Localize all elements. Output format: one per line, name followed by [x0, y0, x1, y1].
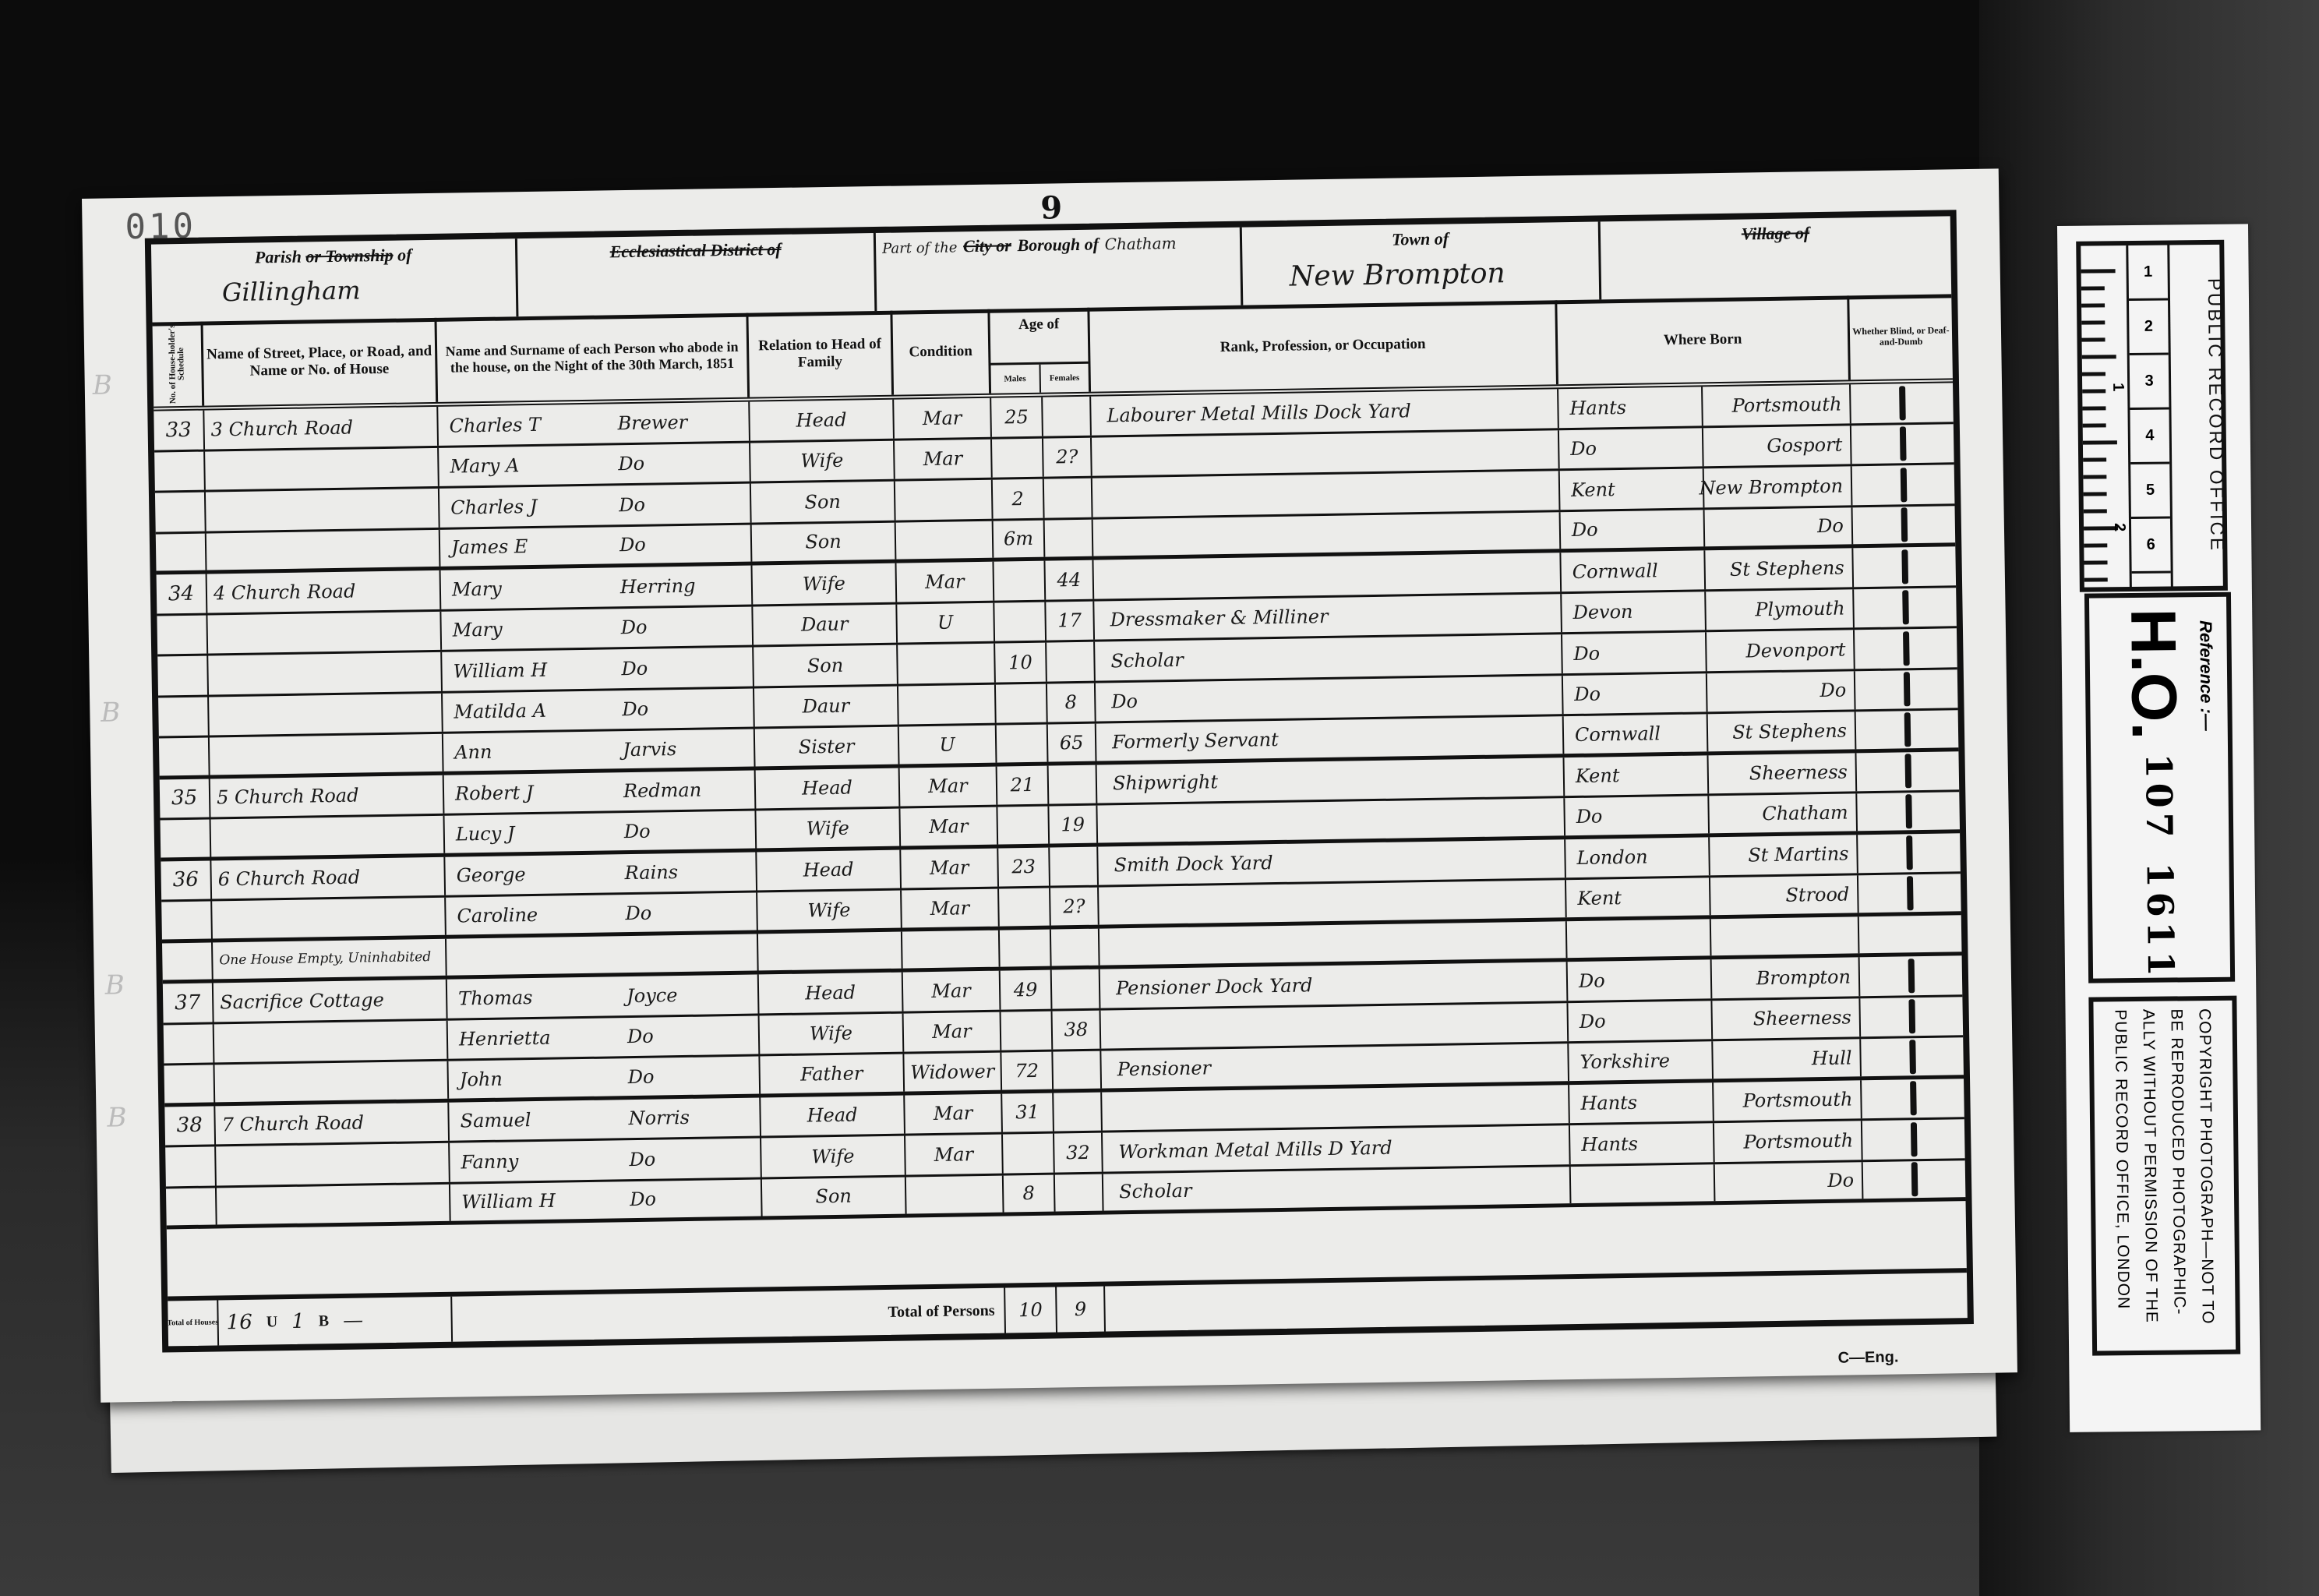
relation-cell: Daur — [754, 686, 899, 726]
relation-cell: Daur — [753, 604, 898, 644]
reference-card: 123456 12 PUBLIC RECORD OFFICE Reference… — [2057, 224, 2261, 1432]
forename: Charles T — [449, 414, 541, 437]
condition-cell: U — [899, 726, 997, 764]
born-county-cell: Kent — [1566, 877, 1711, 916]
born-town-cell: Portsmouth — [1714, 1080, 1862, 1121]
tally-mark — [1903, 672, 1910, 706]
street-cell — [212, 898, 447, 938]
age-female-cell — [1047, 642, 1096, 681]
surname: Brewer — [617, 411, 687, 434]
age-female-cell: 32 — [1054, 1133, 1103, 1172]
relation-cell: Father — [760, 1054, 905, 1093]
census-page: 010 9 B B B B Parish or Township of Gill… — [82, 168, 2017, 1402]
born-county-cell — [1567, 919, 1712, 958]
cm-mark: 4 — [2130, 409, 2169, 465]
age-female-cell: 8 — [1047, 683, 1096, 722]
age-female-cell: 38 — [1053, 1010, 1102, 1049]
houses-inhabited: 16 — [226, 1311, 252, 1335]
forename: Robert J — [455, 782, 534, 805]
town-cell: Town of New Brompton — [1242, 221, 1602, 305]
street-cell: 6 Church Road — [211, 856, 446, 899]
copyright-line: ALLY WITHOUT PERMISSION OF THE — [2139, 1009, 2161, 1323]
forename: Lucy J — [456, 822, 515, 845]
schedule-cell — [164, 1065, 215, 1103]
born-town-cell: Hull — [1713, 1039, 1862, 1078]
street-cell — [205, 447, 439, 489]
blind-cell — [1860, 955, 1963, 996]
condition-cell: U — [897, 602, 995, 642]
condition-cell — [895, 480, 994, 520]
age-female-cell — [1051, 928, 1100, 966]
relation-cell: Wife — [752, 563, 897, 604]
age-female-cell: 2? — [1043, 437, 1092, 476]
age-male-cell — [997, 725, 1049, 763]
occupation-cell — [1097, 798, 1565, 842]
schedule-cell: 36 — [161, 860, 212, 900]
street-cell: One House Empty, Uninhabited — [213, 938, 447, 979]
schedule-cell — [157, 656, 209, 696]
inch-mark: 1 — [2109, 383, 2127, 391]
occupation-cell — [1092, 430, 1560, 476]
tally-mark — [1904, 712, 1911, 747]
relation-cell: Head — [757, 849, 902, 890]
relation-cell: Head — [756, 768, 901, 808]
born-county-cell: Hants — [1570, 1123, 1715, 1163]
name-cell: HenriettaDo — [448, 1015, 761, 1059]
age-female-cell — [1054, 1092, 1103, 1131]
parish-cell: Parish or Township of Gillingham — [151, 238, 519, 322]
forename: George — [456, 863, 525, 886]
col-schedule: No. of House-holder's Schedule — [153, 322, 205, 407]
born-county-cell: Do — [1562, 632, 1707, 673]
name-cell: FannyDo — [450, 1138, 762, 1181]
relation-cell: Son — [762, 1177, 907, 1216]
age-male-cell — [992, 438, 1044, 478]
born-town-cell: Portsmouth — [1703, 384, 1851, 425]
born-town-cell: St Stephens — [1708, 711, 1857, 750]
street-cell: Sacrifice Cottage — [214, 980, 448, 1022]
age-male-cell — [994, 602, 1047, 641]
town-label: Town of — [1242, 226, 1598, 252]
borough-label: Part of the City or Borough of Chatham — [876, 232, 1240, 258]
relation-cell: Wife — [750, 440, 895, 481]
born-county-cell: Do — [1563, 673, 1708, 714]
surname: Rains — [624, 861, 678, 884]
forename: Ann — [454, 741, 492, 764]
street-cell — [211, 816, 446, 856]
age-female-cell — [1043, 397, 1092, 436]
condition-cell: Mar — [900, 807, 998, 846]
forename: Samuel — [460, 1109, 531, 1132]
reference-piece: 1611 — [2139, 862, 2183, 981]
born-county-cell: Cornwall — [1564, 714, 1709, 753]
occupation-cell: Formerly Servant — [1096, 716, 1565, 761]
condition-cell — [902, 930, 1001, 968]
occupation-cell — [1093, 553, 1562, 598]
blind-cell — [1858, 874, 1961, 913]
schedule-cell: 33 — [154, 411, 205, 450]
scale-ruler: 123456 12 PUBLIC RECORD OFFICE — [2076, 240, 2228, 592]
surname: Do — [630, 1188, 656, 1211]
born-county-cell: Do — [1559, 428, 1704, 468]
margin-mark: B — [92, 369, 112, 401]
schedule-cell: 38 — [164, 1106, 216, 1146]
name-cell: William HDo — [450, 1179, 763, 1221]
relation-cell — [758, 931, 903, 970]
cm-mark: 1 — [2128, 245, 2168, 302]
blind-cell — [1853, 546, 1956, 587]
blind-cell — [1852, 464, 1955, 505]
born-town-cell: Do — [1705, 507, 1854, 546]
total-persons-label: Total of Persons — [452, 1288, 1006, 1342]
street-cell — [214, 1061, 449, 1102]
street-cell — [214, 1020, 449, 1062]
relation-cell: Wife — [760, 1013, 905, 1054]
born-county-cell: Do — [1568, 959, 1713, 1000]
surname: Do — [619, 493, 645, 516]
col-age-males: Males — [991, 365, 1041, 394]
forename: William H — [453, 659, 547, 682]
condition-cell: Mar — [905, 1135, 1004, 1174]
condition-cell: Mar — [903, 971, 1001, 1011]
name-cell: James EDo — [440, 524, 753, 567]
age-male-cell: 72 — [1001, 1052, 1054, 1090]
total-houses-label: Total of Houses — [168, 1300, 219, 1346]
schedule-cell: 35 — [160, 779, 211, 818]
forename: James E — [451, 535, 528, 559]
age-male-cell: 23 — [998, 847, 1050, 887]
surname: Do — [625, 902, 651, 924]
condition-cell: Mar — [894, 398, 992, 438]
tally-mark — [1908, 959, 1915, 993]
street-cell — [217, 1184, 451, 1224]
census-rows: 333 Church RoadCharles TBrewerHeadMar25L… — [154, 383, 1965, 1229]
blind-cell — [1855, 669, 1958, 710]
born-town-cell: Do — [1715, 1162, 1864, 1201]
copyright-notice: COPYRIGHT PHOTOGRAPH—NOT TOBE REPRODUCED… — [2088, 996, 2240, 1356]
street-cell: 4 Church Road — [207, 570, 442, 613]
name-cell: Charles TBrewer — [438, 402, 750, 446]
age-female-cell — [1052, 969, 1101, 1008]
name-cell: MaryDo — [441, 606, 754, 650]
age-male-cell: 6m — [994, 520, 1046, 558]
name-cell: ThomasJoyce — [447, 974, 760, 1018]
surname: Norris — [628, 1107, 690, 1129]
schedule-cell — [166, 1188, 217, 1226]
age-male-cell: 21 — [997, 765, 1050, 805]
col-name: Name and Surname of each Person who abod… — [436, 313, 750, 402]
tally-mark — [1910, 1122, 1917, 1156]
cm-mark: 3 — [2130, 355, 2169, 411]
occupation-cell: Scholar — [1095, 634, 1563, 680]
surname: Joyce — [627, 984, 678, 1007]
tally-mark — [1909, 1040, 1916, 1074]
age-male-cell — [997, 807, 1050, 845]
born-town-cell: St Martins — [1710, 835, 1858, 875]
schedule-cell — [157, 615, 208, 655]
age-female-cell: 19 — [1049, 806, 1098, 843]
col-relation: Relation to Head of Family — [748, 311, 894, 397]
occupation-cell: Shipwright — [1097, 757, 1565, 803]
condition-cell: Widower — [904, 1053, 1002, 1091]
name-cell: Lucy JDo — [444, 811, 757, 853]
col-blind: Whether Blind, or Deaf-and-Dumb — [1849, 294, 1953, 380]
tally-mark — [1901, 549, 1908, 584]
condition-cell: Mar — [896, 562, 994, 602]
forename: Fanny — [461, 1150, 518, 1173]
col-age: Age of Males Females — [990, 308, 1091, 394]
col-age-females: Females — [1040, 364, 1089, 393]
schedule-cell — [165, 1146, 217, 1186]
col-where-born: Where Born — [1557, 295, 1851, 384]
blind-cell — [1851, 383, 1954, 423]
age-female-cell: 44 — [1045, 560, 1094, 599]
street-cell — [208, 652, 443, 694]
totals-row: Total of Houses 16 U 1 B — Total of Pers… — [168, 1268, 1968, 1346]
col-street: Name of Street, Place, or Road, and Name… — [203, 318, 438, 406]
born-county-cell: Cornwall — [1561, 550, 1706, 591]
street-cell — [206, 489, 440, 531]
blind-cell — [1852, 506, 1955, 545]
tally-mark — [1900, 468, 1907, 502]
born-county-cell: Devon — [1562, 591, 1707, 632]
condition-cell — [906, 1175, 1004, 1213]
total-females: 9 — [1057, 1287, 1106, 1333]
age-male-cell — [1003, 1134, 1055, 1174]
age-male-cell: 31 — [1002, 1093, 1054, 1132]
born-county-cell: Do — [1568, 1001, 1713, 1041]
relation-cell: Head — [750, 400, 895, 440]
schedule-cell — [161, 901, 213, 939]
tally-mark — [1906, 876, 1913, 910]
born-town-cell: Plymouth — [1706, 589, 1855, 630]
margin-mark: B — [105, 969, 125, 1001]
name-cell: Robert JRedman — [444, 770, 757, 814]
condition-cell: Mar — [895, 439, 993, 478]
born-county-cell — [1571, 1164, 1716, 1203]
cm-mark: 2 — [2129, 300, 2169, 356]
born-county-cell: Do — [1561, 510, 1706, 549]
born-town-cell: Chatham — [1709, 793, 1858, 832]
age-female-cell — [1045, 519, 1094, 556]
occupation-cell: Dressmaker & Milliner — [1094, 594, 1562, 640]
blind-cell — [1862, 1119, 1965, 1160]
margin-mark: B — [101, 697, 121, 728]
born-town-cell: Gosport — [1703, 425, 1852, 466]
street-cell: 3 Church Road — [204, 407, 439, 449]
condition-cell: Mar — [902, 889, 1000, 927]
relation-cell: Son — [754, 645, 898, 686]
blind-cell — [1855, 628, 1957, 669]
blind-cell — [1858, 833, 1961, 874]
age-male-cell — [999, 888, 1051, 927]
name-cell: MaryHerring — [441, 566, 754, 609]
born-town-cell — [1711, 916, 1860, 955]
surname: Herring — [620, 574, 696, 598]
forename: Henrietta — [459, 1027, 551, 1050]
village-cell: Village of — [1601, 216, 1952, 299]
age-male-cell: 2 — [993, 479, 1045, 519]
street-cell: 7 Church Road — [215, 1102, 450, 1144]
name-cell — [447, 934, 759, 976]
age-female-cell: 17 — [1046, 601, 1095, 640]
schedule-cell: 34 — [157, 574, 208, 614]
surname: Do — [624, 820, 651, 842]
relation-cell: Wife — [756, 809, 901, 848]
schedule-cell — [162, 942, 214, 980]
schedule-cell: 37 — [163, 983, 214, 1022]
age-female-cell — [1053, 1051, 1102, 1089]
surname: Do — [628, 1065, 655, 1088]
tally-mark — [1901, 508, 1908, 542]
blind-cell — [1856, 751, 1959, 792]
reference-box: Reference :— H.O. 107 1611 — [2084, 592, 2235, 983]
relation-cell: Head — [759, 973, 904, 1013]
born-county-cell: London — [1565, 837, 1710, 877]
forename: Mary — [453, 619, 503, 641]
condition-cell — [898, 644, 996, 683]
occupation-cell: Do — [1096, 676, 1564, 722]
forename: Caroline — [457, 904, 538, 927]
tally-mark — [1903, 631, 1910, 666]
schedule-cell — [156, 533, 207, 571]
age-male-cell — [1000, 929, 1052, 967]
schedule-cell — [158, 697, 210, 736]
total-houses: 16 U 1 B — — [218, 1297, 453, 1346]
reference-series: H.O. — [2120, 608, 2186, 740]
age-female-cell — [1050, 846, 1099, 885]
born-county-cell: Kent — [1560, 468, 1705, 509]
surname: Do — [621, 657, 648, 680]
tally-mark — [1899, 427, 1906, 461]
forename: William H — [461, 1190, 556, 1213]
occupation-cell: Labourer Metal Mills Dock Yard — [1091, 389, 1559, 435]
town-value: New Brompton — [1289, 257, 1505, 292]
tally-mark — [1902, 590, 1909, 624]
born-town-cell: Do — [1707, 671, 1856, 711]
relation-cell: Son — [751, 482, 896, 522]
condition-cell — [896, 521, 994, 559]
page-number: 9 — [1040, 189, 1063, 226]
surname: Do — [622, 698, 648, 721]
born-county-cell: Hants — [1569, 1082, 1714, 1123]
name-cell: Charles JDo — [439, 484, 752, 528]
surname: Do — [618, 453, 644, 475]
ruler-title: PUBLIC RECORD OFFICE — [2201, 245, 2228, 586]
born-county-cell: Kent — [1564, 755, 1709, 796]
relation-cell: Wife — [761, 1136, 906, 1177]
schedule-cell — [155, 493, 206, 532]
col-condition: Condition — [892, 309, 991, 395]
born-town-cell: Strood — [1710, 875, 1859, 914]
occupation-cell: Smith Dock Yard — [1098, 839, 1566, 885]
tally-mark — [1905, 794, 1912, 828]
parish-label: Parish or Township of — [151, 243, 515, 269]
blind-cell — [1859, 915, 1962, 954]
blind-cell — [1862, 1079, 1964, 1119]
blind-cell — [1860, 997, 1963, 1037]
condition-cell: Mar — [905, 1093, 1003, 1133]
condition-cell: Mar — [904, 1012, 1002, 1051]
reference-class: 107 — [2137, 753, 2180, 842]
age-male-cell — [994, 561, 1046, 601]
name-cell: SamuelNorris — [449, 1097, 761, 1141]
surname: Do — [629, 1148, 655, 1171]
forename: Charles J — [450, 496, 537, 519]
tally-mark — [1899, 386, 1906, 420]
occupation-cell: Pensioner Dock Yard — [1100, 962, 1569, 1008]
total-males: 10 — [1005, 1287, 1057, 1333]
schedule-cell — [159, 738, 210, 776]
name-cell: AnnJarvis — [443, 729, 756, 772]
occupation-cell — [1093, 512, 1562, 556]
street-cell: 5 Church Road — [210, 775, 445, 817]
name-cell: CarolineDo — [446, 892, 758, 934]
margin-mark: B — [107, 1102, 127, 1133]
born-town-cell: St Stephens — [1705, 548, 1854, 588]
occupation-cell: Pensioner — [1101, 1043, 1569, 1088]
occupation-cell — [1099, 921, 1568, 966]
age-female-cell — [1055, 1174, 1104, 1211]
copyright-line: PUBLIC RECORD OFFICE, LONDON — [2111, 1009, 2133, 1309]
born-county-cell: Yorkshire — [1569, 1041, 1714, 1080]
occupation-cell — [1092, 471, 1561, 517]
surname: Do — [627, 1026, 654, 1048]
occupation-cell: Workman Metal Mills D Yard — [1103, 1125, 1571, 1171]
cm-mark: 6 — [2131, 518, 2171, 574]
surname: Do — [621, 616, 648, 639]
cm-mark: 5 — [2130, 464, 2170, 520]
surname: Redman — [623, 779, 702, 803]
occupation-cell — [1102, 1085, 1570, 1131]
born-town-cell: Sheerness — [1708, 753, 1857, 793]
tally-mark — [1908, 999, 1915, 1033]
age-male-cell — [1001, 1011, 1054, 1050]
village-label: Village of — [1601, 221, 1950, 246]
tally-mark — [1906, 835, 1913, 870]
blind-cell — [1854, 588, 1957, 628]
forename: Matilda A — [454, 700, 546, 723]
print-mark: C—Eng. — [1837, 1349, 1898, 1368]
copyright-line: COPYRIGHT PHOTOGRAPH—NOT TO — [2195, 1008, 2217, 1325]
relation-cell: Son — [752, 522, 897, 561]
blind-cell — [1856, 710, 1959, 749]
tally-mark — [1911, 1162, 1918, 1196]
born-town-cell: Portsmouth — [1714, 1121, 1863, 1161]
copyright-line: BE REPRODUCED PHOTOGRAPHIC- — [2167, 1008, 2189, 1315]
born-town-cell: Devonport — [1707, 630, 1855, 670]
age-female-cell — [1049, 764, 1098, 803]
occupation-cell — [1101, 1003, 1569, 1049]
occupation-cell: Scholar — [1103, 1167, 1572, 1211]
surname: Do — [619, 534, 646, 556]
schedule-cell — [164, 1024, 215, 1064]
age-female-cell — [1044, 478, 1093, 517]
age-male-cell — [996, 683, 1048, 723]
reference-label: Reference :— — [2195, 620, 2216, 731]
condition-cell: Mar — [901, 848, 999, 888]
name-cell: Matilda ADo — [443, 688, 755, 732]
borough-cell: Part of the City or Borough of Chatham — [876, 228, 1244, 311]
blind-cell — [1851, 424, 1954, 464]
age-male-cell: 8 — [1004, 1174, 1056, 1213]
age-male-cell: 10 — [995, 643, 1047, 683]
tally-mark — [1910, 1081, 1917, 1115]
name-cell: JohnDo — [448, 1056, 761, 1098]
born-county-cell: Hants — [1558, 387, 1703, 427]
born-county-cell: Do — [1565, 796, 1710, 835]
relation-cell: Head — [761, 1095, 905, 1135]
